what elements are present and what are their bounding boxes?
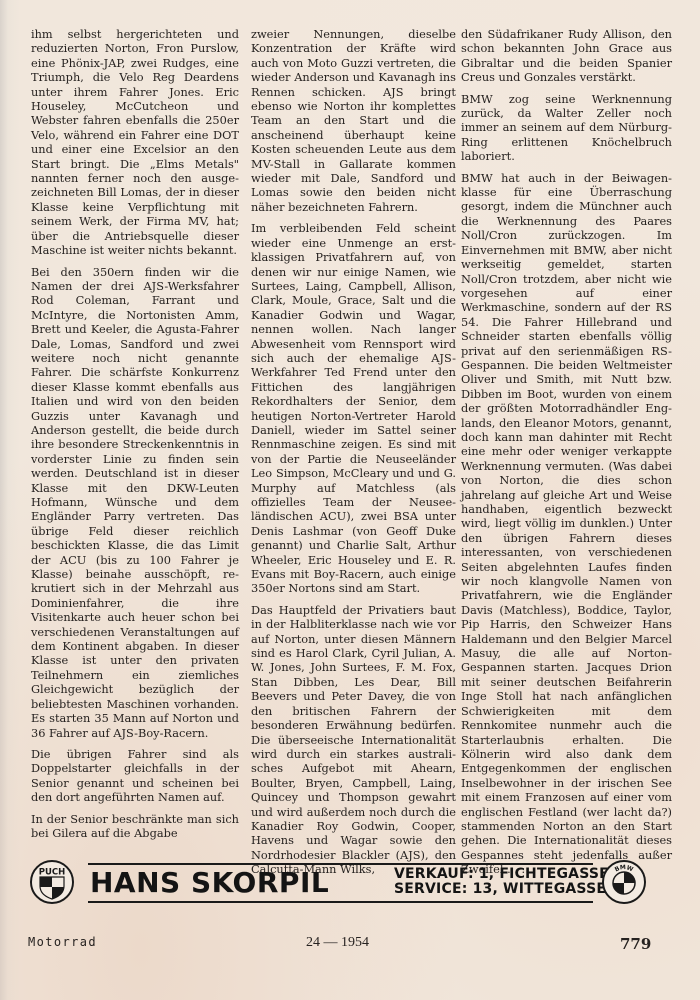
issue-number: 24 — 1954 bbox=[306, 935, 369, 951]
paragraph: den Südafrikaner Rudy Allison, den schon… bbox=[461, 27, 672, 85]
article-column-1: ihm selbst hergerichteten und reduzierte… bbox=[31, 27, 239, 847]
paragraph: Die übrigen Fahrer sind als Doppelstarte… bbox=[31, 747, 239, 805]
article-column-2: zweier Nennungen, dieselbe Konzentration… bbox=[251, 27, 456, 884]
service-address: SERVICE: 13, WITTEGASSE 9 bbox=[394, 882, 624, 897]
dealer-addresses: VERKAUF: 1, FICHTEGASSE 6 SERVICE: 13, W… bbox=[394, 867, 624, 897]
bmw-logo-icon: BMW bbox=[602, 860, 646, 904]
puch-shield-icon: PUCH bbox=[32, 862, 72, 902]
paragraph: Im verbleibenden Feld scheint wieder ein… bbox=[251, 221, 456, 596]
page-number: 779 bbox=[620, 935, 651, 953]
paragraph: ihm selbst hergerichteten und reduzierte… bbox=[31, 27, 239, 258]
article-column-3: den Südafrikaner Rudy Allison, den schon… bbox=[461, 27, 672, 884]
magazine-page: ihm selbst hergerichteten und reduzierte… bbox=[0, 0, 700, 1000]
paragraph: Das Hauptfeld der Privatiers baut in der… bbox=[251, 603, 456, 877]
ad-bottom-rule bbox=[88, 901, 593, 903]
paragraph: Bei den 350ern finden wir die Namen der … bbox=[31, 265, 239, 740]
paragraph: BMW hat auch in der Beiwagen­klasse für … bbox=[461, 171, 672, 877]
company-name: HANS SKORPIL bbox=[90, 865, 329, 901]
puch-logo-text: PUCH bbox=[39, 868, 65, 878]
paragraph: zweier Nennungen, dieselbe Konzentration… bbox=[251, 27, 456, 214]
bmw-roundel-icon: BMW bbox=[604, 862, 644, 902]
paragraph: In der Senior beschränkte man sich bei G… bbox=[31, 812, 239, 841]
sales-address: VERKAUF: 1, FICHTEGASSE 6 bbox=[394, 867, 624, 882]
paragraph: BMW zog seine Werknennung zurück, da Wal… bbox=[461, 92, 672, 164]
dealer-advertisement: PUCH HANS SKORPIL VERKAUF: 1, FICHTEGASS… bbox=[28, 858, 678, 908]
puch-logo-icon: PUCH bbox=[30, 860, 74, 904]
magazine-name: Motorrad bbox=[28, 935, 97, 949]
